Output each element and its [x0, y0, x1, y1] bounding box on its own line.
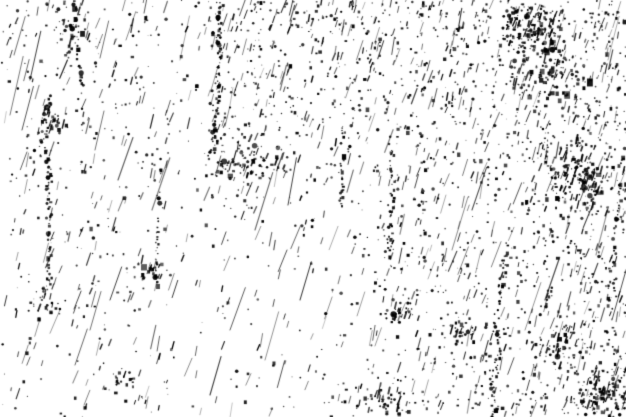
texture-canvas: [0, 0, 626, 417]
grunge-texture-image: [0, 0, 626, 417]
